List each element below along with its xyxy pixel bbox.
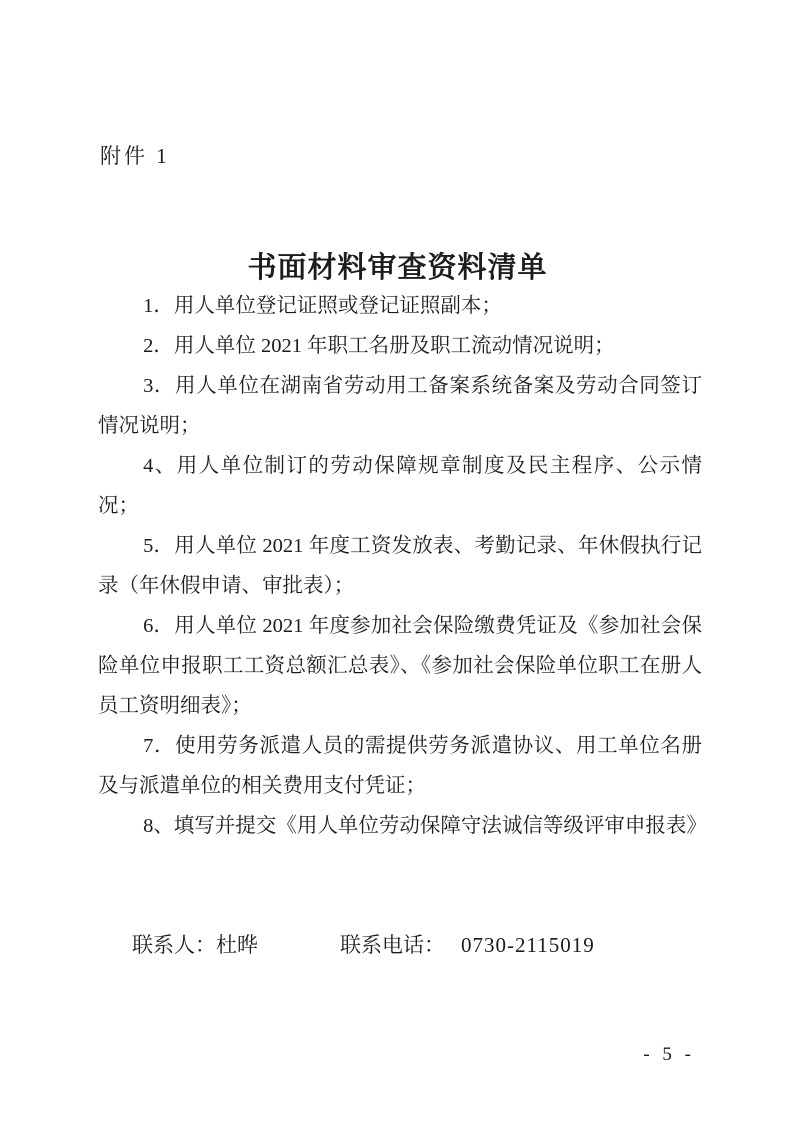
document-body: 1．用人单位登记证照或登记证照副本； 2．用人单位 2021 年职工名册及职工流… [98, 286, 702, 846]
page-number: - 5 - [643, 1044, 695, 1066]
document-title: 书面材料审查资料清单 [95, 245, 700, 286]
list-item-8: 8、填写并提交《用人单位劳动保障守法诚信等级评审申报表》 [98, 806, 702, 846]
contact-line: 联系人：杜晔联系电话：0730-2115019 [132, 925, 595, 965]
contact-phone-number: 0730-2115019 [461, 933, 595, 957]
list-item-1: 1．用人单位登记证照或登记证照副本； [98, 286, 702, 326]
list-item-6: 6．用人单位 2021 年度参加社会保险缴费凭证及《参加社会保险单位申报职工工资… [98, 606, 702, 726]
list-item-7: 7．使用劳务派遣人员的需提供劳务派遣协议、用工单位名册及与派遣单位的相关费用支付… [98, 726, 702, 806]
contact-person-name: 杜晔 [216, 933, 258, 957]
contact-phone-label: 联系电话： [340, 933, 445, 957]
list-item-3: 3．用人单位在湖南省劳动用工备案系统备案及劳动合同签订情况说明； [98, 366, 702, 446]
list-item-2: 2．用人单位 2021 年职工名册及职工流动情况说明； [98, 326, 702, 366]
attachment-label: 附件 1 [100, 140, 170, 170]
list-item-4: 4、用人单位制订的劳动保障规章制度及民主程序、公示情况； [98, 446, 702, 526]
list-item-5: 5．用人单位 2021 年度工资发放表、考勤记录、年休假执行记录（年休假申请、审… [98, 526, 702, 606]
contact-person-label: 联系人： [132, 933, 216, 957]
document-page: 附件 1 书面材料审查资料清单 1．用人单位登记证照或登记证照副本； 2．用人单… [0, 0, 793, 1122]
